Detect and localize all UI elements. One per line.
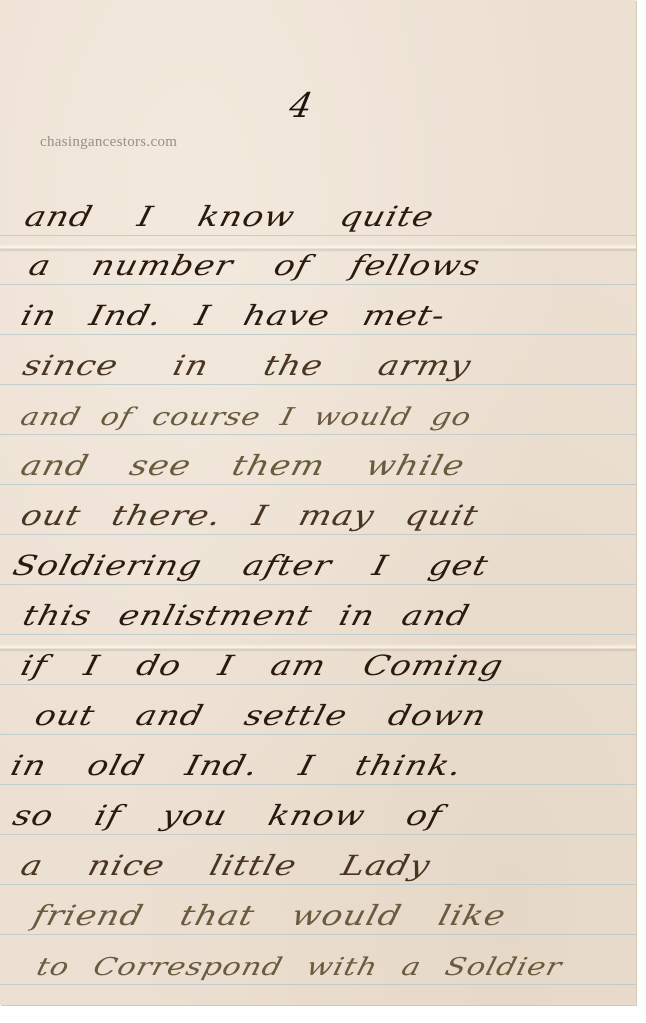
ruled-line	[0, 834, 636, 835]
handwritten-line: since in the army	[0, 336, 636, 384]
letter-page: 4 chasingancestors.com and I know quite …	[0, 0, 636, 1005]
line-text: a number of fellows	[26, 252, 483, 280]
handwritten-line: and of course I would go	[0, 386, 636, 434]
line-text: and of course I would go	[18, 405, 474, 430]
ruled-line	[0, 484, 636, 485]
handwritten-line: out there. I may quit	[0, 486, 636, 534]
ruled-line	[0, 784, 636, 785]
ruled-line	[0, 684, 636, 685]
handwritten-line: friend that would like	[0, 886, 636, 934]
ruled-line	[0, 884, 636, 885]
line-text: out and settle down	[32, 702, 489, 730]
ruled-line	[0, 634, 636, 635]
line-text: friend that would like	[30, 902, 509, 930]
line-text: and I know quite	[22, 203, 437, 231]
line-text: Soldiering after I get	[10, 552, 491, 580]
ruled-line	[0, 284, 636, 285]
line-text: out there. I may quit	[18, 502, 481, 530]
ruled-line	[0, 534, 636, 535]
line-text: since in the army	[20, 352, 474, 380]
ruled-line	[0, 384, 636, 385]
ruled-line	[0, 584, 636, 585]
ruled-line	[0, 984, 636, 985]
line-text: this enlistment in and	[20, 602, 473, 630]
line-text: and see them while	[18, 452, 468, 480]
handwritten-line: and see them while	[0, 436, 636, 484]
ruled-line	[0, 334, 636, 335]
handwritten-line: out and settle down	[0, 686, 636, 734]
line-text: to Correspond with a Soldier	[34, 955, 565, 980]
line-text: in old Ind. I think.	[8, 752, 465, 780]
handwritten-line: Soldiering after I get	[0, 536, 636, 584]
line-text: a nice little Lady	[18, 852, 433, 880]
line-text: if I do I am Coming	[18, 652, 506, 680]
ruled-line	[0, 734, 636, 735]
handwritten-line: if I do I am Coming	[0, 636, 636, 684]
handwritten-line: and I know quite	[0, 187, 636, 235]
page-number: 4	[286, 86, 316, 126]
handwritten-line: this enlistment in and	[0, 586, 636, 634]
line-text: so if you know of	[10, 802, 445, 830]
watermark: chasingancestors.com	[40, 134, 177, 151]
handwritten-line: so if you know of	[0, 786, 636, 834]
handwritten-line: a nice little Lady	[0, 836, 636, 884]
ruled-line	[0, 434, 636, 435]
handwritten-line: in old Ind. I think.	[0, 736, 636, 784]
line-text: in Ind. I have met-	[18, 302, 448, 330]
ruled-line	[0, 934, 636, 935]
handwritten-line: a number of fellows	[0, 236, 636, 284]
handwritten-line: to Correspond with a Soldier	[0, 936, 636, 984]
handwritten-line: in Ind. I have met-	[0, 286, 636, 334]
